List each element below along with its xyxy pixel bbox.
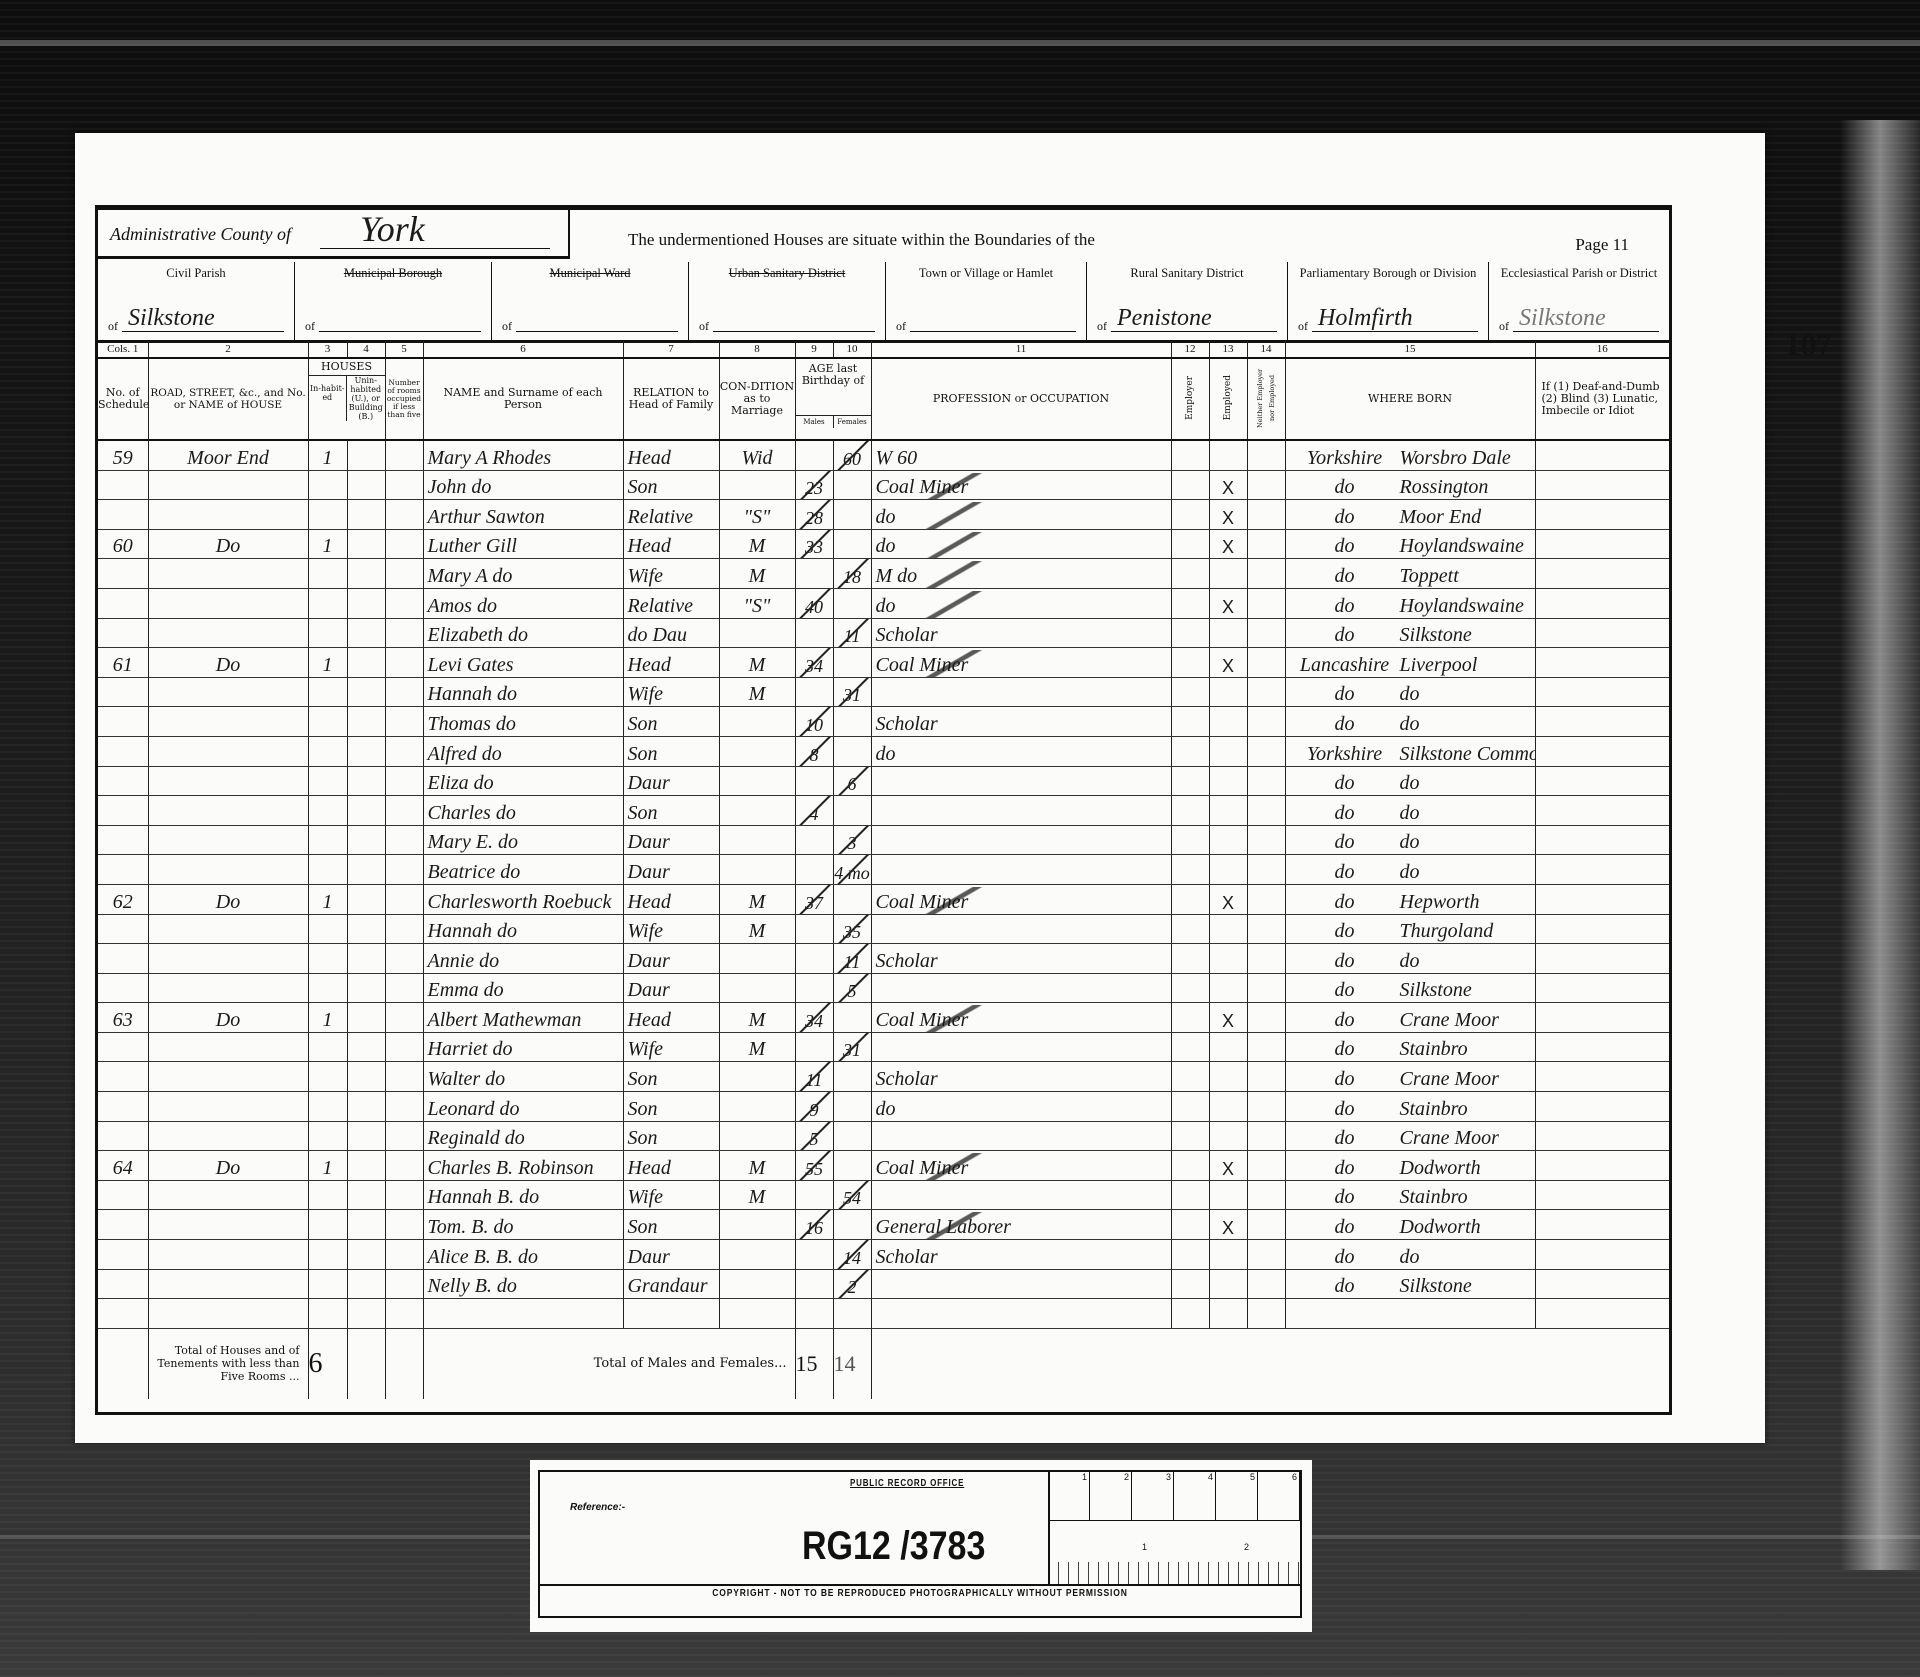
road-name (148, 588, 308, 618)
birth-place: Liverpool (1400, 654, 1478, 676)
inhabited-count: 1 (308, 440, 347, 470)
inhabited-count (308, 766, 347, 796)
birth-place: Hepworth (1400, 891, 1480, 913)
uninhabited-cell (347, 707, 385, 737)
employer-cell (1171, 973, 1209, 1003)
road-name (148, 1299, 308, 1329)
totals-houses-label: Total of Houses and of Tenements with le… (148, 1328, 308, 1399)
employer-cell (1171, 677, 1209, 707)
female-age (833, 1299, 871, 1329)
uninhabited-cell (347, 1062, 385, 1092)
rooms-cell (385, 944, 423, 974)
occupation (871, 1180, 1171, 1210)
infirmity-cell (1535, 529, 1669, 559)
occupation: do (871, 1092, 1171, 1122)
birth-place: Hoylandswaine (1400, 595, 1524, 617)
birth-place: Rossington (1400, 476, 1489, 498)
census-row: Hannah doWifeM31dodo (98, 677, 1669, 707)
tally-slash-mark (836, 1180, 872, 1210)
rooms-cell (385, 529, 423, 559)
road-name: Moor End (148, 440, 308, 470)
infirmity-cell (1535, 855, 1669, 885)
employed-mark (1209, 914, 1247, 944)
birthplace: doSilkstone (1285, 618, 1535, 648)
admin-county-value: York (360, 208, 425, 250)
neither-cell (1247, 1032, 1285, 1062)
rooms-cell (385, 588, 423, 618)
inhabited-count (308, 1062, 347, 1092)
schedule-number (98, 736, 148, 766)
male-age (795, 855, 833, 885)
division-label: Town or Village or Hamlet (886, 266, 1086, 280)
uninhabited-cell (347, 500, 385, 530)
col-number: 3 (308, 340, 347, 358)
person-name: Hannah B. do (423, 1180, 623, 1210)
birthplace (1285, 1299, 1535, 1329)
occupation: Coal Miner (871, 1003, 1171, 1033)
enumerator-strike-mark (912, 473, 992, 500)
birth-place: Stainbro (1400, 1186, 1468, 1208)
birth-place: do (1400, 802, 1420, 824)
marital-condition (719, 470, 795, 500)
male-age (795, 677, 833, 707)
uninhabited-cell (347, 825, 385, 855)
inhabited-count (308, 1092, 347, 1122)
totals-mf-label: Total of Males and Females... (423, 1328, 795, 1399)
neither-cell (1247, 707, 1285, 737)
tally-slash-mark (798, 500, 834, 530)
tally-slash-mark (798, 470, 834, 500)
marital-condition: M (719, 529, 795, 559)
birthplace: dodo (1285, 855, 1535, 885)
birthplace: doHoylandswaine (1285, 588, 1535, 618)
neither-cell (1247, 1062, 1285, 1092)
birth-county: do (1290, 1157, 1400, 1180)
birth-place: do (1400, 831, 1420, 853)
rooms-cell (385, 914, 423, 944)
occupation: Coal Miner (871, 1151, 1171, 1181)
birthplace: dodo (1285, 796, 1535, 826)
employed-mark (1209, 736, 1247, 766)
ruler-cm-mark: 5 (1216, 1472, 1258, 1520)
neither-cell (1247, 884, 1285, 914)
uninhabited-cell (347, 470, 385, 500)
female-age: 2 (833, 1269, 871, 1299)
uninhabited-cell (347, 855, 385, 885)
birthplace: doCrane Moor (1285, 1003, 1535, 1033)
division-label: Municipal Borough (295, 266, 491, 280)
marital-condition (719, 796, 795, 826)
infirmity-cell (1535, 944, 1669, 974)
female-age (833, 707, 871, 737)
column-numbers-row: Cols. 1 2 3 4 5 6 7 8 9 10 11 12 13 14 1… (98, 340, 1669, 358)
employed-mark (1209, 1121, 1247, 1151)
census-row: Mary A doWifeM18M dodoToppett (98, 559, 1669, 589)
schedule-number (98, 973, 148, 1003)
rooms-cell (385, 1032, 423, 1062)
infirmity-cell (1535, 1240, 1669, 1270)
schedule-number (98, 1121, 148, 1151)
schedule-number (98, 588, 148, 618)
person-name: Mary A Rhodes (423, 440, 623, 470)
uninhabited-cell (347, 1299, 385, 1329)
birthplace: dodo (1285, 1240, 1535, 1270)
occupation: W 60 (871, 440, 1171, 470)
employer-cell (1171, 1121, 1209, 1151)
male-age (795, 440, 833, 470)
male-age (795, 766, 833, 796)
census-row: Annie doDaur11Scholardodo (98, 944, 1669, 974)
neither-cell (1247, 618, 1285, 648)
col-number: 2 (148, 340, 308, 358)
birth-county: Yorkshire (1290, 743, 1400, 766)
tally-slash-mark (836, 618, 872, 648)
infirmity-cell (1535, 1121, 1669, 1151)
rooms-cell (385, 1180, 423, 1210)
employer-cell (1171, 855, 1209, 885)
road-name (148, 973, 308, 1003)
census-row: Eliza doDaur6dodo (98, 766, 1669, 796)
schedule-number (98, 914, 148, 944)
female-age (833, 529, 871, 559)
infirmity-cell (1535, 884, 1669, 914)
male-age (795, 825, 833, 855)
employer-cell (1171, 500, 1209, 530)
enumerator-strike-mark (912, 1153, 992, 1180)
reference-value: RG12 /3783 (802, 1524, 985, 1569)
scan-streak (0, 40, 1920, 46)
uninhabited-cell (347, 588, 385, 618)
header-rooms: Number of rooms occupied if less than fi… (385, 358, 423, 440)
road-name (148, 1121, 308, 1151)
header-relation: RELATION to Head of Family (623, 358, 719, 440)
birth-place: Silkstone Common (1400, 743, 1536, 765)
schedule-number (98, 618, 148, 648)
road-name (148, 1092, 308, 1122)
uninhabited-cell (347, 884, 385, 914)
male-age (795, 618, 833, 648)
birthplace: doCrane Moor (1285, 1121, 1535, 1151)
birthplace: YorkshireWorsbro Dale (1285, 440, 1535, 470)
tally-slash-mark (798, 796, 834, 826)
person-name: Albert Mathewman (423, 1003, 623, 1033)
relation-to-head: Wife (623, 677, 719, 707)
relation-to-head: Head (623, 440, 719, 470)
relation-to-head: Son (623, 1210, 719, 1240)
occupation (871, 1032, 1171, 1062)
employed-mark: X (1209, 1003, 1247, 1033)
female-age (833, 796, 871, 826)
infirmity-cell (1535, 588, 1669, 618)
occupation: Scholar (871, 707, 1171, 737)
relation-to-head: Son (623, 736, 719, 766)
of-line (319, 331, 481, 332)
male-age (795, 1240, 833, 1270)
female-age: 11 (833, 944, 871, 974)
uninhabited-cell (347, 1180, 385, 1210)
employed-mark (1209, 618, 1247, 648)
road-name: Do (148, 529, 308, 559)
ruler-cm-mark: 3 (1132, 1472, 1174, 1520)
marital-condition: M (719, 1032, 795, 1062)
schedule-number: 60 (98, 529, 148, 559)
male-age (795, 1299, 833, 1329)
schedule-number: 59 (98, 440, 148, 470)
enumerator-strike-mark (912, 650, 992, 677)
employed-mark: X (1209, 470, 1247, 500)
marital-condition: M (719, 884, 795, 914)
birthplace: doStainbro (1285, 1180, 1535, 1210)
birthplace: doCrane Moor (1285, 1062, 1535, 1092)
uninhabited-cell (347, 1240, 385, 1270)
header-females: Females (834, 416, 871, 428)
uninhabited-cell (347, 1032, 385, 1062)
birth-place: do (1400, 683, 1420, 705)
division-value: Penistone (1117, 305, 1212, 332)
birth-county: do (1290, 1098, 1400, 1121)
neither-cell (1247, 973, 1285, 1003)
census-row: 61Do1Levi GatesHeadM34Coal MinerXLancash… (98, 648, 1669, 678)
census-row: Alice B. B. doDaur14Scholardodo (98, 1240, 1669, 1270)
person-name: Emma do (423, 973, 623, 1003)
division-label: Municipal Ward (492, 266, 688, 280)
birth-place: Dodworth (1400, 1157, 1481, 1179)
birth-county: do (1290, 1246, 1400, 1269)
road-name: Do (148, 1151, 308, 1181)
male-age (795, 1180, 833, 1210)
road-name (148, 1269, 308, 1299)
relation-to-head: Wife (623, 914, 719, 944)
schedule-number (98, 1269, 148, 1299)
inhabited-count (308, 1269, 347, 1299)
relation-to-head: Wife (623, 1032, 719, 1062)
boundary-divisions: Civil Parish of Silkstone Municipal Boro… (98, 262, 1669, 343)
birth-county: do (1290, 1275, 1400, 1298)
division-parliamentary: Parliamentary Borough or Division of Hol… (1288, 262, 1489, 340)
ruler-cm-mark: 2 (1090, 1472, 1132, 1520)
marital-condition (719, 736, 795, 766)
female-age (833, 1092, 871, 1122)
employer-cell (1171, 440, 1209, 470)
female-age (833, 588, 871, 618)
birthplace: doStainbro (1285, 1032, 1535, 1062)
col-number: 14 (1247, 340, 1285, 358)
birthplace: doHoylandswaine (1285, 529, 1535, 559)
birth-place: Thurgoland (1400, 920, 1494, 942)
male-age: 55 (795, 1151, 833, 1181)
relation-to-head: Daur (623, 973, 719, 1003)
employed-mark (1209, 1032, 1247, 1062)
division-label: Parliamentary Borough or Division (1288, 266, 1488, 280)
census-row: Amos doRelative"S"40doXdoHoylandswaine (98, 588, 1669, 618)
employed-mark (1209, 855, 1247, 885)
marital-condition (719, 1299, 795, 1329)
person-name: Hannah do (423, 677, 623, 707)
uninhabited-cell (347, 914, 385, 944)
schedule-number: 64 (98, 1151, 148, 1181)
tally-slash-mark (836, 1240, 872, 1270)
census-rows: 59Moor End1Mary A RhodesHeadWid60W 60Yor… (98, 440, 1669, 1328)
relation-to-head: Relative (623, 588, 719, 618)
neither-cell (1247, 1240, 1285, 1270)
neither-cell (1247, 588, 1285, 618)
occupation (871, 796, 1171, 826)
neither-cell (1247, 648, 1285, 678)
birth-county: do (1290, 772, 1400, 795)
rooms-cell (385, 973, 423, 1003)
neither-cell (1247, 736, 1285, 766)
of-line (713, 331, 875, 332)
rooms-cell (385, 618, 423, 648)
census-form: Administrative County of York The underm… (95, 205, 1672, 1415)
birth-county: do (1290, 891, 1400, 914)
division-ecclesiastical: Ecclesiastical Parish or District of Sil… (1489, 262, 1669, 340)
enumerator-strike-mark (912, 532, 992, 559)
birthplace: doStainbro (1285, 1092, 1535, 1122)
birth-place: Silkstone (1400, 1275, 1472, 1297)
female-age: 18 (833, 559, 871, 589)
employed-mark (1209, 766, 1247, 796)
birth-place: Worsbro Dale (1400, 447, 1511, 469)
birth-county: do (1290, 476, 1400, 499)
road-name (148, 1062, 308, 1092)
uninhabited-cell (347, 1210, 385, 1240)
employer-cell (1171, 1092, 1209, 1122)
birthplace: dodo (1285, 944, 1535, 974)
female-age (833, 884, 871, 914)
schedule-number (98, 559, 148, 589)
division-value: Silkstone (128, 305, 215, 332)
header-infirmity: If (1) Deaf-and-Dumb (2) Blind (3) Lunat… (1535, 358, 1669, 440)
birth-county: do (1290, 802, 1400, 825)
occupation (871, 914, 1171, 944)
neither-cell (1247, 500, 1285, 530)
header-employer-label: Employer (1184, 376, 1196, 420)
marital-condition (719, 1121, 795, 1151)
female-age: 3 (833, 825, 871, 855)
marital-condition (719, 1062, 795, 1092)
uninhabited-cell (347, 766, 385, 796)
relation-to-head: Wife (623, 559, 719, 589)
male-age: 8 (795, 736, 833, 766)
birthplace: doSilkstone (1285, 1269, 1535, 1299)
scale-ruler: 1 2 3 4 5 6 1 2 (1048, 1472, 1300, 1586)
road-name (148, 707, 308, 737)
schedule-number (98, 796, 148, 826)
male-age: 16 (795, 1210, 833, 1240)
totals-blank (98, 1328, 148, 1399)
schedule-number: 62 (98, 884, 148, 914)
female-age (833, 1151, 871, 1181)
uninhabited-cell (347, 618, 385, 648)
female-age (833, 470, 871, 500)
schedule-number (98, 470, 148, 500)
birth-county: do (1290, 831, 1400, 854)
marital-condition (719, 1092, 795, 1122)
employed-mark (1209, 559, 1247, 589)
rooms-cell (385, 1240, 423, 1270)
birth-place: Crane Moor (1400, 1068, 1499, 1090)
birth-county: do (1290, 1127, 1400, 1150)
road-name (148, 736, 308, 766)
marital-condition: M (719, 914, 795, 944)
inhabited-count (308, 1121, 347, 1151)
person-name: Alfred do (423, 736, 623, 766)
relation-to-head: Son (623, 470, 719, 500)
road-name (148, 855, 308, 885)
division-label: Ecclesiastical Parish or District (1489, 266, 1669, 280)
employed-mark (1209, 1092, 1247, 1122)
tally-slash-mark (798, 1121, 834, 1151)
birth-place: Hoylandswaine (1400, 535, 1524, 557)
of-label: of (305, 319, 315, 334)
header-road: ROAD, STREET, &c., and No. or NAME of HO… (148, 358, 308, 440)
inhabited-count (308, 618, 347, 648)
employer-cell (1171, 796, 1209, 826)
tally-slash-mark (836, 766, 872, 796)
header-employer: Employer (1171, 358, 1209, 440)
person-name: Beatrice do (423, 855, 623, 885)
tally-slash-mark (798, 1151, 834, 1181)
occupation: do (871, 736, 1171, 766)
employed-mark (1209, 944, 1247, 974)
birth-place: do (1400, 1246, 1420, 1268)
occupation: do (871, 588, 1171, 618)
inhabited-count (308, 1210, 347, 1240)
female-age: 14 (833, 1240, 871, 1270)
male-age (795, 1032, 833, 1062)
rooms-cell (385, 470, 423, 500)
header-neither: Neither Employer nor Employed (1247, 358, 1285, 440)
inhabited-count (308, 736, 347, 766)
marital-condition (719, 1269, 795, 1299)
road-name (148, 470, 308, 500)
uninhabited-cell (347, 796, 385, 826)
of-label: of (1499, 319, 1509, 334)
rooms-cell (385, 855, 423, 885)
infirmity-cell (1535, 500, 1669, 530)
neither-cell (1247, 1180, 1285, 1210)
census-table: Cols. 1 2 3 4 5 6 7 8 9 10 11 12 13 14 1… (98, 340, 1669, 1399)
neither-cell (1247, 766, 1285, 796)
tally-slash-mark (798, 707, 834, 737)
tally-slash-mark (798, 1092, 834, 1122)
birth-county: do (1290, 861, 1400, 884)
tally-slash-mark (798, 648, 834, 678)
relation-to-head: do Dau (623, 618, 719, 648)
tally-slash-mark (836, 1269, 872, 1299)
employed-mark (1209, 1240, 1247, 1270)
census-row: Walter doSon11ScholardoCrane Moor (98, 1062, 1669, 1092)
schedule-number (98, 1032, 148, 1062)
birthplace: doHepworth (1285, 884, 1535, 914)
infirmity-cell (1535, 440, 1669, 470)
birth-county: Yorkshire (1290, 447, 1400, 470)
employed-mark (1209, 825, 1247, 855)
inhabited-count: 1 (308, 648, 347, 678)
col-number: 12 (1171, 340, 1209, 358)
census-row: Mary E. doDaur3dodo (98, 825, 1669, 855)
census-row: 63Do1Albert MathewmanHeadM34Coal MinerXd… (98, 1003, 1669, 1033)
census-row: Tom. B. doSon16General LaborerXdoDodwort… (98, 1210, 1669, 1240)
occupation: Scholar (871, 944, 1171, 974)
birthplace: doToppett (1285, 559, 1535, 589)
rooms-cell (385, 825, 423, 855)
employer-cell (1171, 559, 1209, 589)
neither-cell (1247, 559, 1285, 589)
rooms-cell (385, 796, 423, 826)
header-neither-label: Neither Employer nor Employed (1254, 363, 1278, 433)
